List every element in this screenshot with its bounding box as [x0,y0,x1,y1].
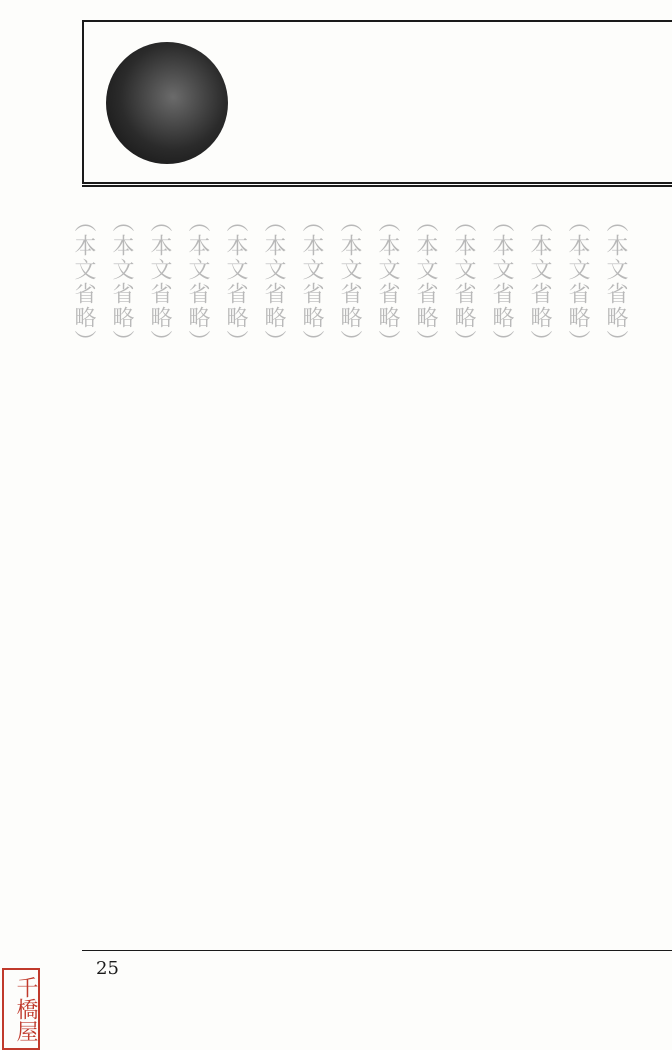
publisher-seal: 千橋屋 [2,968,40,1050]
text-column: （本文省略） [220,210,250,930]
text-column: （本文省略） [448,210,478,930]
text-column: （本文省略） [144,210,174,930]
text-column: （本文省略） [106,210,136,930]
text-column: （本文省略） [410,210,440,930]
text-column: （本文省略） [486,210,516,930]
text-column: （本文省略） [524,210,554,930]
text-column: （本文省略） [600,210,630,930]
text-column: （本文省略） [68,210,98,930]
text-column: （本文省略） [372,210,402,930]
body-text: （本文省略） （本文省略） （本文省略） （本文省略） （本文省略） （本文省略… [68,210,630,930]
book-page: （本文省略） （本文省略） （本文省略） （本文省略） （本文省略） （本文省略… [0,0,672,1050]
footer-divider [82,950,672,951]
page-number: 25 [96,958,119,979]
text-column: （本文省略） [562,210,592,930]
character-portrait [106,42,228,164]
header-divider [82,185,672,187]
text-column: （本文省略） [258,210,288,930]
text-column: （本文省略） [182,210,212,930]
text-column: （本文省略） [296,210,326,930]
text-column: （本文省略） [334,210,364,930]
